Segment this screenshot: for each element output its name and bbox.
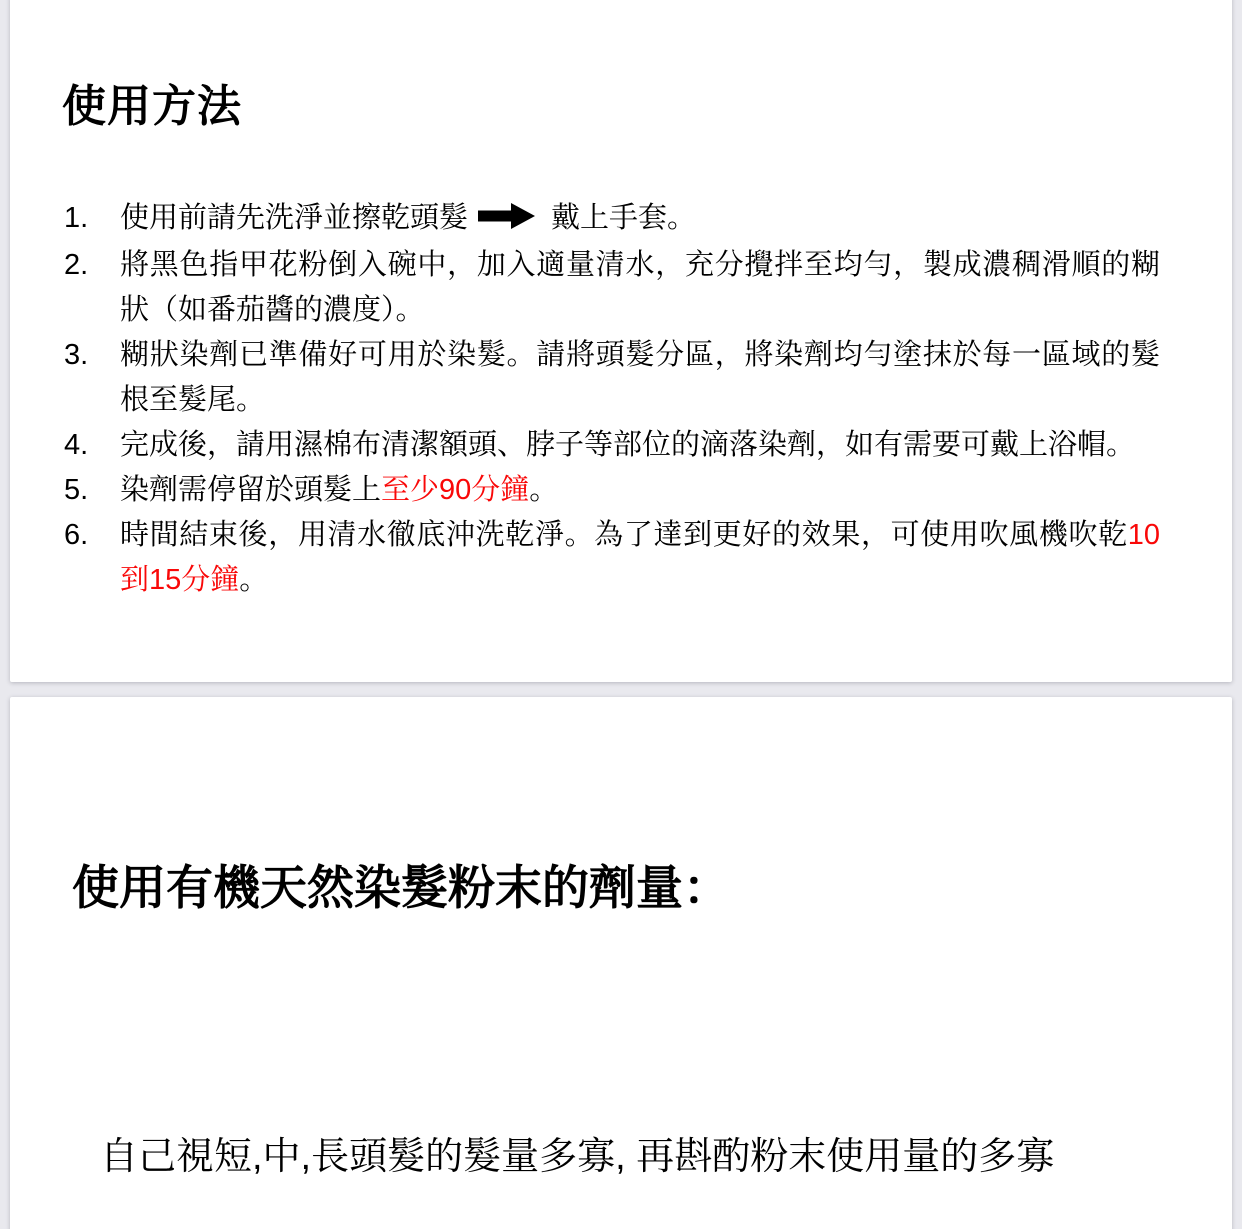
- step-text: 將黑色指甲花粉倒入碗中，加入適量清水，充分攪拌至均勻，製成濃稠滑順的糊狀（如番茄…: [120, 243, 1160, 333]
- dosage-page: 使用有機天然染髮粉末的劑量： 自己視短,中,長頭髮的髮量多寡, 再斟酌粉末使用量…: [10, 697, 1232, 1229]
- step-text: 使用前請先洗淨並擦乾頭髮戴上手套。: [120, 196, 1160, 243]
- step-text-before-arrow: 使用前請先洗淨並擦乾頭髮: [120, 202, 468, 234]
- step-number: 2.: [64, 243, 120, 333]
- step-number: 3.: [64, 333, 120, 423]
- instruction-step-3: 3. 糊狀染劑已準備好可用於染髮。請將頭髮分區，將染劑均勻塗抹於每一區域的髮根至…: [64, 333, 1160, 423]
- instruction-step-5: 5. 染劑需停留於頭髮上至少90分鐘。: [64, 468, 1160, 513]
- step-text: 染劑需停留於頭髮上至少90分鐘。: [120, 468, 1160, 513]
- instructions-page: 使用方法 1. 使用前請先洗淨並擦乾頭髮戴上手套。 2. 將黑色指甲花粉倒入碗中…: [10, 0, 1232, 682]
- step-number: 1.: [64, 196, 120, 243]
- step-number: 5.: [64, 468, 120, 513]
- dosage-note: 自己視短,中,長頭髮的髮量多寡, 再斟酌粉末使用量的多寡: [100, 1135, 1054, 1181]
- instruction-list: 1. 使用前請先洗淨並擦乾頭髮戴上手套。 2. 將黑色指甲花粉倒入碗中，加入適量…: [64, 196, 1160, 603]
- page-title: 使用方法: [62, 83, 242, 131]
- step-text: 時間結束後，用清水徹底沖洗乾淨。為了達到更好的效果，可使用吹風機吹乾10到15分…: [120, 513, 1160, 603]
- instruction-step-4: 4. 完成後，請用濕棉布清潔額頭、脖子等部位的滴落染劑，如有需要可戴上浴帽。: [64, 423, 1160, 468]
- step-text-black: 。: [239, 564, 268, 596]
- step-text-after-arrow: 戴上手套。: [551, 202, 696, 234]
- instruction-step-2: 2. 將黑色指甲花粉倒入碗中，加入適量清水，充分攪拌至均勻，製成濃稠滑順的糊狀（…: [64, 243, 1160, 333]
- instruction-step-1: 1. 使用前請先洗淨並擦乾頭髮戴上手套。: [64, 196, 1160, 243]
- dosage-title: 使用有機天然染髮粉末的劑量：: [72, 860, 730, 916]
- step-number: 6.: [64, 513, 120, 603]
- highlight-duration: 至少90分鐘: [381, 474, 529, 506]
- right-arrow-icon: [478, 198, 535, 243]
- step-text-black: 染劑需停留於頭髮上: [120, 474, 381, 506]
- document-view: 使用方法 1. 使用前請先洗淨並擦乾頭髮戴上手套。 2. 將黑色指甲花粉倒入碗中…: [0, 0, 1242, 1229]
- step-text-black: 時間結束後，用清水徹底沖洗乾淨。為了達到更好的效果，可使用吹風機吹乾: [120, 519, 1128, 551]
- step-number: 4.: [64, 423, 120, 468]
- step-text: 完成後，請用濕棉布清潔額頭、脖子等部位的滴落染劑，如有需要可戴上浴帽。: [120, 423, 1160, 468]
- instruction-step-6: 6. 時間結束後，用清水徹底沖洗乾淨。為了達到更好的效果，可使用吹風機吹乾10到…: [64, 513, 1160, 603]
- step-text-black: 。: [529, 474, 558, 506]
- step-text: 糊狀染劑已準備好可用於染髮。請將頭髮分區，將染劑均勻塗抹於每一區域的髮根至髮尾。: [120, 333, 1160, 423]
